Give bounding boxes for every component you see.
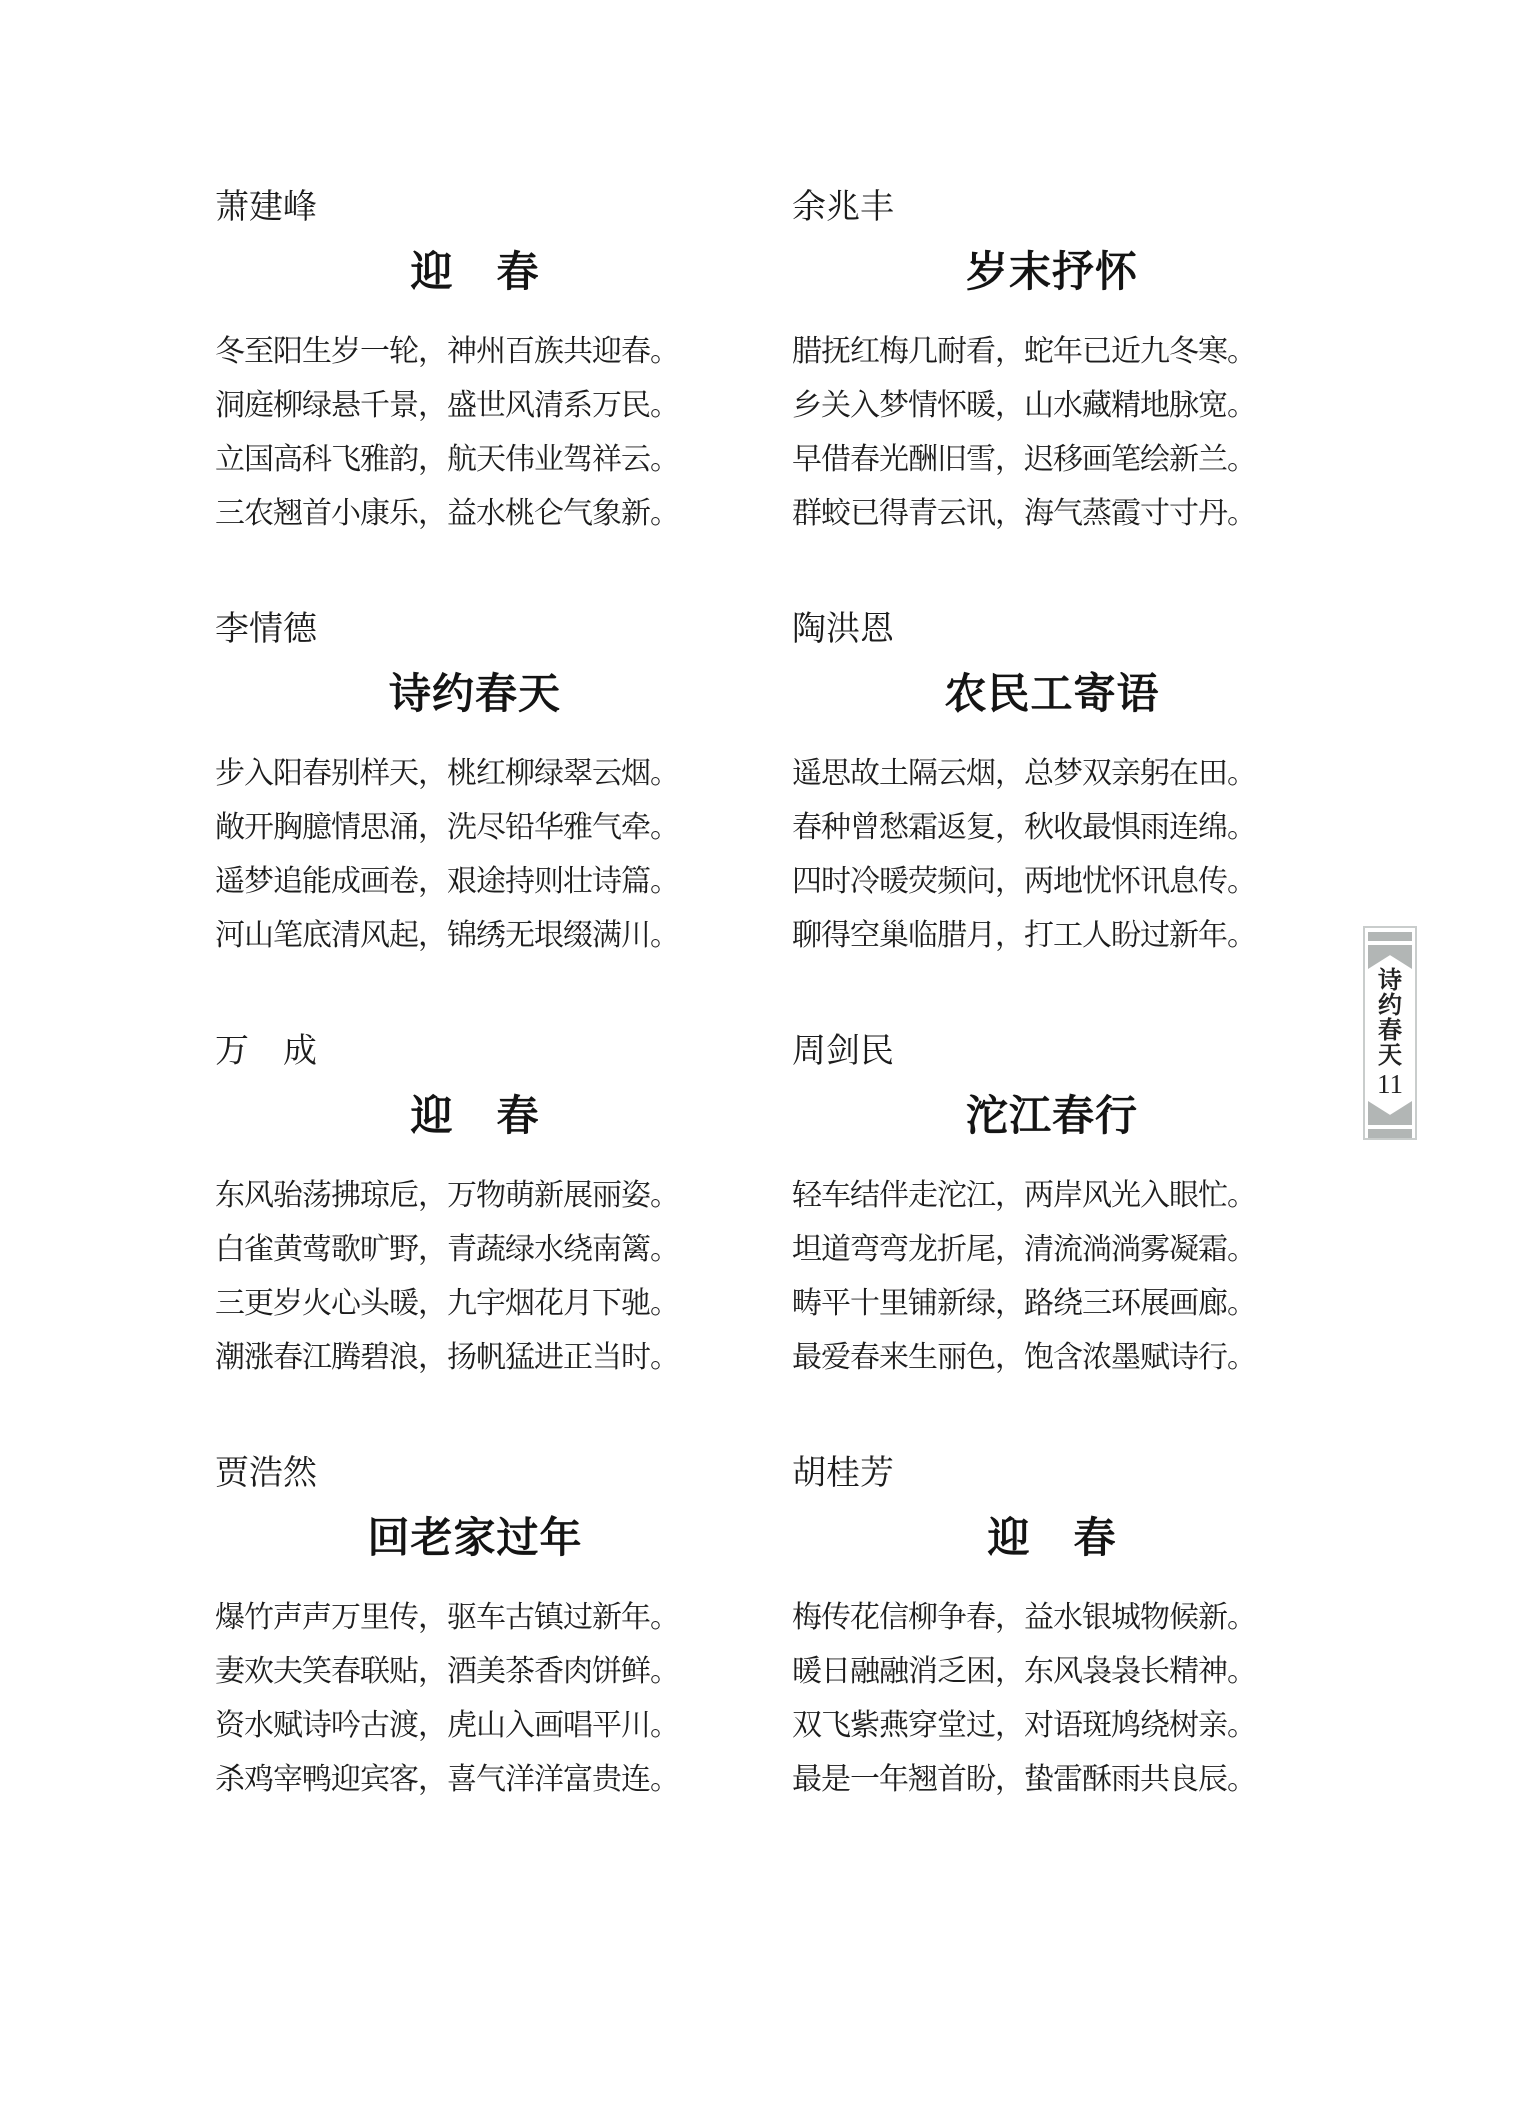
poem-line: 腊抚红梅几耐看，蛇年已近九冬寒。 bbox=[792, 325, 1312, 379]
poem-line: 最爱春来生丽色，饱含浓墨赋诗行。 bbox=[792, 1331, 1312, 1385]
page-number: 11 bbox=[1368, 1069, 1412, 1099]
poem-line: 资水赋诗吟古渡，虎山入画唱平川。 bbox=[215, 1699, 735, 1753]
poem: 周剑民 沱江春行 轻车结伴走沱江，两岸风光入眼忙。 坦道弯弯龙折尾，清流淌淌雾凝… bbox=[792, 1030, 1312, 1385]
poem-line: 爆竹声声万里传，驱车古镇过新年。 bbox=[215, 1591, 735, 1645]
poem-line: 畴平十里铺新绿，路绕三环展画廊。 bbox=[792, 1277, 1312, 1331]
poem-line: 聊得空巢临腊月，打工人盼过新年。 bbox=[792, 909, 1312, 963]
chapter-side-tab: 诗 约 春 天 11 bbox=[1363, 926, 1417, 1140]
tab-bottom-chevron bbox=[1368, 1101, 1412, 1125]
chapter-title-char: 天 bbox=[1378, 1044, 1402, 1069]
poem-author: 李情德 bbox=[215, 608, 735, 652]
poem-author: 万 成 bbox=[215, 1030, 735, 1074]
poem-line: 乡关入梦情怀暖，山水藏精地脉宽。 bbox=[792, 379, 1312, 433]
chapter-title-vertical: 诗 约 春 天 bbox=[1368, 969, 1412, 1069]
poem-line: 双飞紫燕穿堂过，对语斑鸠绕树亲。 bbox=[792, 1699, 1312, 1753]
poem-line: 洞庭柳绿悬千景，盛世风清系万民。 bbox=[215, 379, 735, 433]
poem-title: 迎 春 bbox=[792, 1517, 1312, 1561]
right-column: 余兆丰 岁末抒怀 腊抚红梅几耐看，蛇年已近九冬寒。 乡关入梦情怀暖，山水藏精地脉… bbox=[792, 186, 1317, 1874]
poem-body: 冬至阳生岁一轮，神州百族共迎春。 洞庭柳绿悬千景，盛世风清系万民。 立国高科飞雅… bbox=[215, 325, 735, 541]
poem-line: 三更岁火心头暖，九宇烟花月下驰。 bbox=[215, 1277, 735, 1331]
poetry-magazine-page: 萧建峰 迎 春 冬至阳生岁一轮，神州百族共迎春。 洞庭柳绿悬千景，盛世风清系万民… bbox=[0, 0, 1525, 2115]
poem-line: 暖日融融消乏困，东风袅袅长精神。 bbox=[792, 1645, 1312, 1699]
poem: 余兆丰 岁末抒怀 腊抚红梅几耐看，蛇年已近九冬寒。 乡关入梦情怀暖，山水藏精地脉… bbox=[792, 186, 1312, 541]
poem-title: 岁末抒怀 bbox=[792, 251, 1312, 295]
poem-line: 遥思故土隔云烟，总梦双亲躬在田。 bbox=[792, 747, 1312, 801]
poem-line: 东风骀荡拂琼卮，万物萌新展丽姿。 bbox=[215, 1169, 735, 1223]
poem-line: 四时冷暖荧频问，两地忧怀讯息传。 bbox=[792, 855, 1312, 909]
chapter-title-char: 约 bbox=[1378, 994, 1402, 1019]
poem-line: 潮涨春江腾碧浪，扬帆猛进正当时。 bbox=[215, 1331, 735, 1385]
poem-author: 余兆丰 bbox=[792, 186, 1312, 230]
poem-line: 冬至阳生岁一轮，神州百族共迎春。 bbox=[215, 325, 735, 379]
poem: 李情德 诗约春天 步入阳春别样天，桃红柳绿翠云烟。 敞开胸臆情思涌，洗尽铅华雅气… bbox=[215, 608, 735, 963]
poem: 胡桂芳 迎 春 梅传花信柳争春，益水银城物候新。 暖日融融消乏困，东风袅袅长精神… bbox=[792, 1452, 1312, 1807]
poem-author: 萧建峰 bbox=[215, 186, 735, 230]
poem-title: 农民工寄语 bbox=[792, 673, 1312, 717]
poem-line: 坦道弯弯龙折尾，清流淌淌雾凝霜。 bbox=[792, 1223, 1312, 1277]
poem-body: 遥思故土隔云烟，总梦双亲躬在田。 春种曾愁霜返复，秋收最惧雨连绵。 四时冷暖荧频… bbox=[792, 747, 1312, 963]
poem-line: 杀鸡宰鸭迎宾客，喜气洋洋富贵连。 bbox=[215, 1753, 735, 1807]
poem-line: 敞开胸臆情思涌，洗尽铅华雅气牵。 bbox=[215, 801, 735, 855]
poem-line: 妻欢夫笑春联贴，酒美茶香肉饼鲜。 bbox=[215, 1645, 735, 1699]
poem-line: 早借春光酬旧雪，迟移画笔绘新兰。 bbox=[792, 433, 1312, 487]
poem-author: 陶洪恩 bbox=[792, 608, 1312, 652]
poem-line: 河山笔底清风起，锦绣无垠缀满川。 bbox=[215, 909, 735, 963]
poem: 陶洪恩 农民工寄语 遥思故土隔云烟，总梦双亲躬在田。 春种曾愁霜返复，秋收最惧雨… bbox=[792, 608, 1312, 963]
poem-body: 爆竹声声万里传，驱车古镇过新年。 妻欢夫笑春联贴，酒美茶香肉饼鲜。 资水赋诗吟古… bbox=[215, 1591, 735, 1807]
poem-title: 回老家过年 bbox=[215, 1517, 735, 1561]
chapter-title-char: 诗 bbox=[1378, 969, 1402, 994]
poem-body: 轻车结伴走沱江，两岸风光入眼忙。 坦道弯弯龙折尾，清流淌淌雾凝霜。 畴平十里铺新… bbox=[792, 1169, 1312, 1385]
poem-line: 春种曾愁霜返复，秋收最惧雨连绵。 bbox=[792, 801, 1312, 855]
poem-line: 群蛟已得青云讯，海气蒸霞寸寸丹。 bbox=[792, 487, 1312, 541]
poem-line: 步入阳春别样天，桃红柳绿翠云烟。 bbox=[215, 747, 735, 801]
poem-body: 东风骀荡拂琼卮，万物萌新展丽姿。 白雀黄莺歌旷野，青蔬绿水绕南篱。 三更岁火心头… bbox=[215, 1169, 735, 1385]
poem-line: 三农翘首小康乐，益水桃仑气象新。 bbox=[215, 487, 735, 541]
poem-body: 步入阳春别样天，桃红柳绿翠云烟。 敞开胸臆情思涌，洗尽铅华雅气牵。 遥梦追能成画… bbox=[215, 747, 735, 963]
poem: 贾浩然 回老家过年 爆竹声声万里传，驱车古镇过新年。 妻欢夫笑春联贴，酒美茶香肉… bbox=[215, 1452, 735, 1807]
poem-line: 白雀黄莺歌旷野，青蔬绿水绕南篱。 bbox=[215, 1223, 735, 1277]
poem-body: 腊抚红梅几耐看，蛇年已近九冬寒。 乡关入梦情怀暖，山水藏精地脉宽。 早借春光酬旧… bbox=[792, 325, 1312, 541]
poem-line: 轻车结伴走沱江，两岸风光入眼忙。 bbox=[792, 1169, 1312, 1223]
poem-author: 贾浩然 bbox=[215, 1452, 735, 1496]
poem-line: 立国高科飞雅韵，航天伟业驾祥云。 bbox=[215, 433, 735, 487]
poem-title: 迎 春 bbox=[215, 1095, 735, 1139]
poem-author: 周剑民 bbox=[792, 1030, 1312, 1074]
poem-title: 诗约春天 bbox=[215, 673, 735, 717]
poem: 万 成 迎 春 东风骀荡拂琼卮，万物萌新展丽姿。 白雀黄莺歌旷野，青蔬绿水绕南篱… bbox=[215, 1030, 735, 1385]
poem-body: 梅传花信柳争春，益水银城物候新。 暖日融融消乏困，东风袅袅长精神。 双飞紫燕穿堂… bbox=[792, 1591, 1312, 1807]
poem-line: 梅传花信柳争春，益水银城物候新。 bbox=[792, 1591, 1312, 1645]
poem: 萧建峰 迎 春 冬至阳生岁一轮，神州百族共迎春。 洞庭柳绿悬千景，盛世风清系万民… bbox=[215, 186, 735, 541]
tab-top-chevron bbox=[1368, 945, 1412, 969]
poem-line: 遥梦追能成画卷，艰途持则壮诗篇。 bbox=[215, 855, 735, 909]
poem-title: 沱江春行 bbox=[792, 1095, 1312, 1139]
tab-top-bar bbox=[1368, 932, 1412, 941]
tab-bottom-bar bbox=[1368, 1129, 1412, 1138]
poem-author: 胡桂芳 bbox=[792, 1452, 1312, 1496]
poem-line: 最是一年翘首盼，蛰雷酥雨共良辰。 bbox=[792, 1753, 1312, 1807]
left-column: 萧建峰 迎 春 冬至阳生岁一轮，神州百族共迎春。 洞庭柳绿悬千景，盛世风清系万民… bbox=[215, 186, 740, 1874]
chapter-title-char: 春 bbox=[1378, 1019, 1402, 1044]
poem-title: 迎 春 bbox=[215, 251, 735, 295]
